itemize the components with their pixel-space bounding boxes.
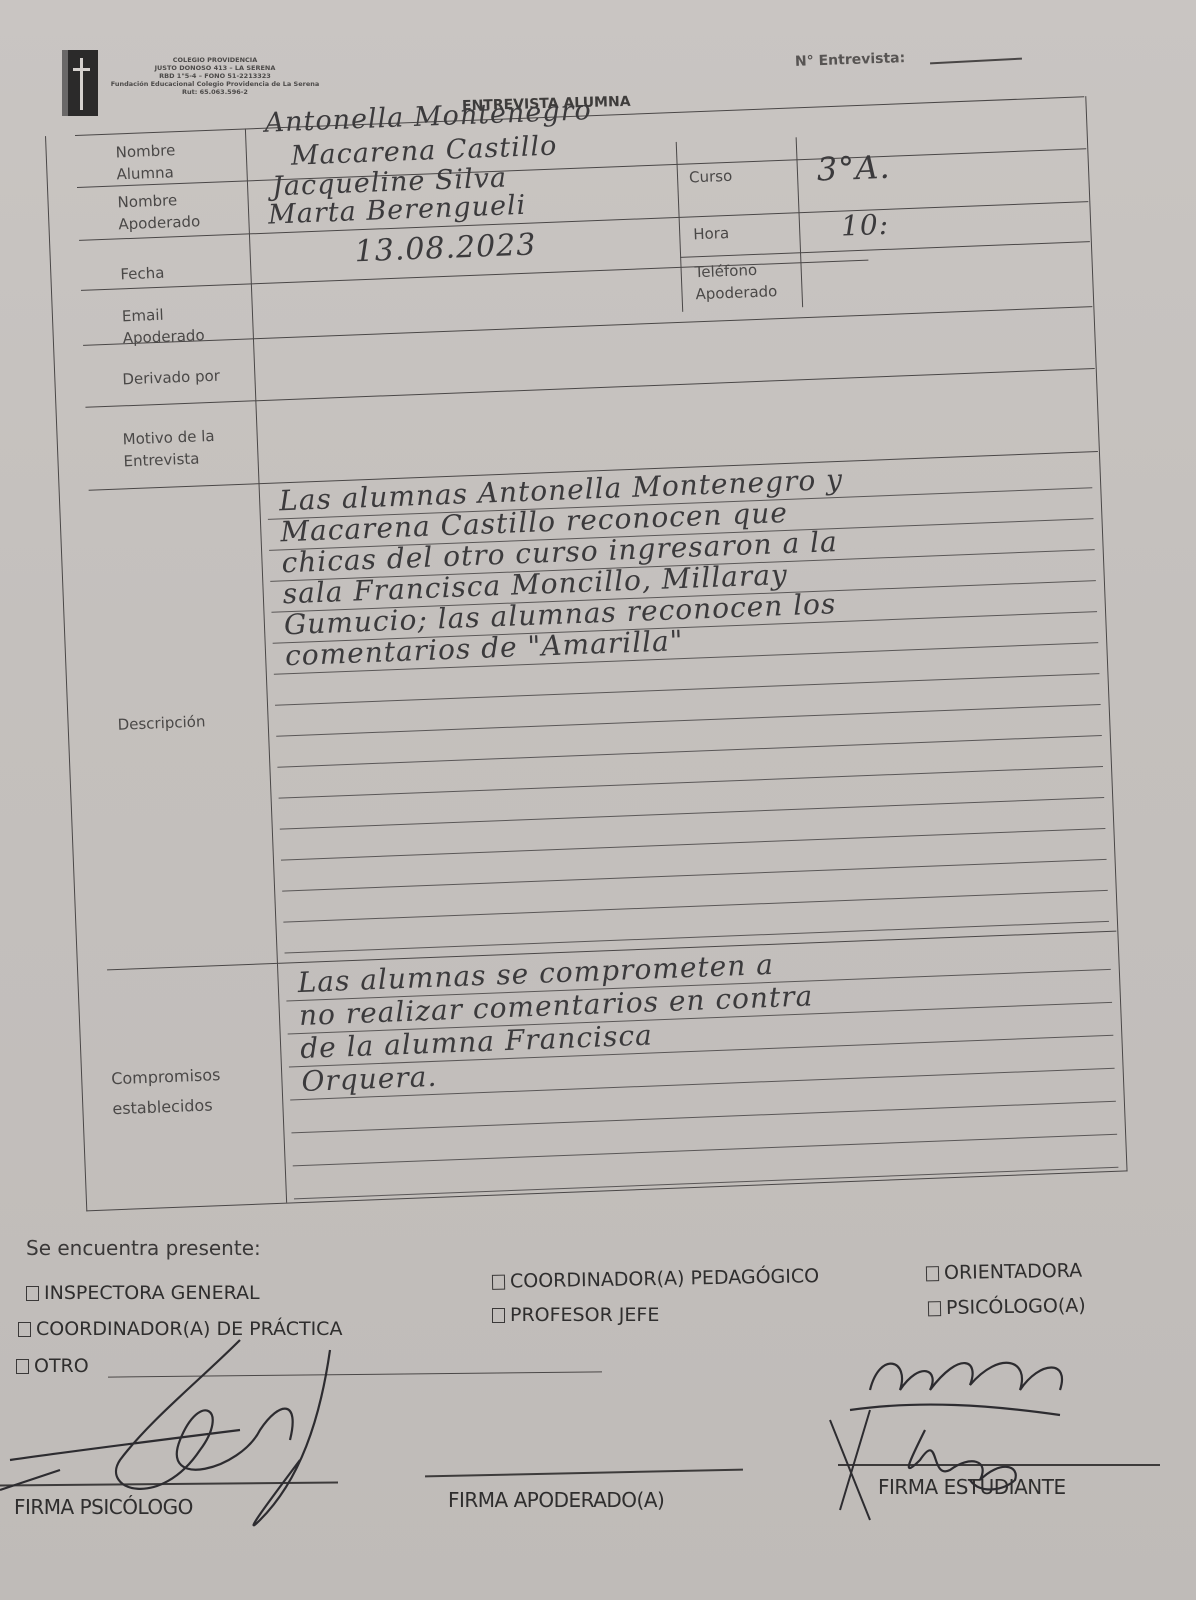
interview-number-field[interactable] <box>930 58 1022 65</box>
label-motivo: Motivo de laEntrevista <box>122 425 215 472</box>
estudiante-signature-scribble-icon <box>830 1330 1150 1520</box>
interview-number-label: N° Entrevista: <box>795 50 906 70</box>
interview-form: NombreAlumna Antonella Montenegro Macare… <box>75 96 1126 1209</box>
handwritten-line: Orquera. <box>301 1060 438 1098</box>
school-name: COLEGIO PROVIDENCIA <box>100 56 330 64</box>
label-nombre-alumna: NombreAlumna <box>115 139 176 185</box>
label-descripcion: Descripción <box>117 710 206 735</box>
school-address: JUSTO DONOSO 413 – LA SERENA <box>100 64 330 72</box>
label-derivado-por: Derivado por <box>122 365 220 391</box>
psicologo-signature-scribble-icon <box>0 1340 380 1540</box>
checkbox-coordinador-practica[interactable]: COORDINADOR(A) DE PRÁCTICA <box>18 1318 342 1340</box>
checkbox-box[interactable] <box>18 1322 31 1337</box>
label-compromisos: Compromisosestablecidos <box>111 1060 222 1124</box>
label-telefono-apoderado: TeléfonoApoderado <box>694 258 777 305</box>
checkbox-box[interactable] <box>928 1301 941 1316</box>
checkbox-box[interactable] <box>926 1266 939 1281</box>
checkbox-profesor-jefe[interactable]: PROFESOR JEFE <box>492 1304 659 1326</box>
checkbox-coordinador-pedagogico[interactable]: COORDINADOR(A) PEDAGÓGICO <box>492 1265 819 1293</box>
label-fecha: Fecha <box>120 262 165 286</box>
signature-line-apoderado[interactable] <box>425 1469 743 1478</box>
value-hora[interactable]: 10: <box>840 208 889 243</box>
value-curso[interactable]: 3°A. <box>816 148 891 189</box>
school-phone: RBD 1"5-4 – FONO 51-2213323 <box>100 72 330 80</box>
checkbox-orientadora[interactable]: ORIENTADORA <box>926 1260 1082 1285</box>
school-foundation: Fundación Educacional Colegio Providenci… <box>100 80 330 88</box>
checkbox-box[interactable] <box>26 1286 39 1301</box>
label-hora: Hora <box>693 222 730 245</box>
label-nombre-apoderado: NombreApoderado <box>117 188 200 235</box>
checkbox-inspectora-general[interactable]: INSPECTORA GENERAL <box>26 1282 260 1304</box>
present-title: Se encuentra presente: <box>26 1236 261 1260</box>
checkbox-box[interactable] <box>492 1308 505 1323</box>
paper-document: COLEGIO PROVIDENCIA JUSTO DONOSO 413 – L… <box>0 0 1196 1600</box>
checkbox-box[interactable] <box>492 1274 505 1289</box>
school-info: COLEGIO PROVIDENCIA JUSTO DONOSO 413 – L… <box>100 56 330 96</box>
school-logo-icon <box>62 50 98 116</box>
label-firma-apoderado: FIRMA APODERADO(A) <box>448 1488 664 1512</box>
school-rut: Rut: 65.063.596-2 <box>100 88 330 96</box>
checkbox-psicologo[interactable]: PSICÓLOGO(A) <box>928 1295 1086 1320</box>
label-curso: Curso <box>689 165 733 189</box>
value-fecha[interactable]: 13.08.2023 <box>354 227 537 269</box>
